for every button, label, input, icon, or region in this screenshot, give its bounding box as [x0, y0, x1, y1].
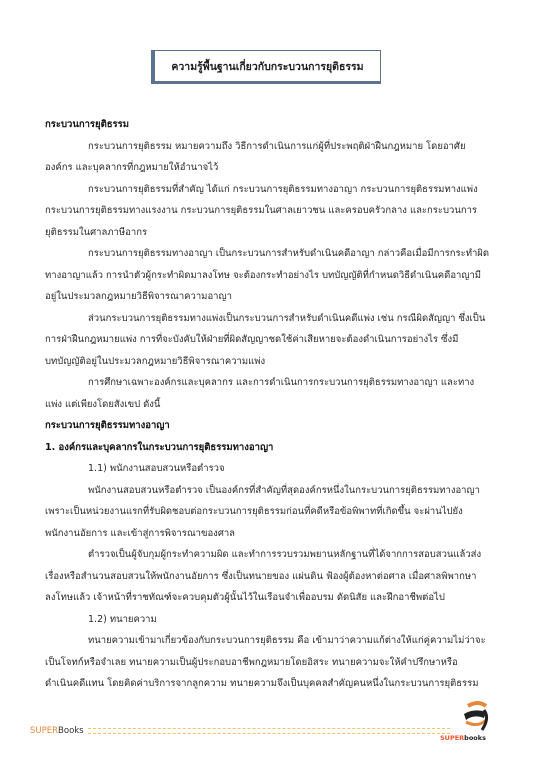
superbooks-logo: SUPERbooks [440, 700, 500, 742]
document-body: กระบวนการยุติธรรม กระบวนการยุติธรรม หมาย… [45, 114, 495, 695]
section-heading: กระบวนการยุติธรรม [45, 114, 495, 136]
paragraph-line: ทนายความเข้ามาเกี่ยวข้องกับกระบวนการยุติ… [45, 630, 495, 652]
paragraph-line: การฝ่าฝืนกฎหมายแพ่ง การที่จะบังคับให้ฝ่า… [45, 329, 495, 351]
paragraph-line: ดำเนินคดีแทน โดยคิดค่าบริการจากลูกความ ท… [45, 673, 495, 695]
footer-brand-super: SUPER [30, 726, 58, 736]
paragraph-line: กระบวนการยุติธรรมทางแรงงาน กระบวนการยุติ… [45, 200, 495, 222]
paragraph-line: การศึกษาเฉพาะองค์กรและบุคลากร และการดำเน… [45, 372, 495, 394]
paragraph-line: พนักงานอัยการ และเข้าสู่การพิจารณาของศาล [45, 523, 495, 545]
document-title: ความรู้พื้นฐานเกี่ยวกับกระบวนการยุติธรรม [171, 58, 363, 75]
logo-wordmark: SUPERbooks [440, 734, 486, 742]
subsection-heading: 1. องค์กรและบุคลากรในกระบวนการยุติธรรมทา… [45, 437, 495, 459]
paragraph-line: กระบวนการยุติธรรม หมายความถึง วิธีการดำเ… [45, 136, 495, 158]
document-page: ความรู้พื้นฐานเกี่ยวกับกระบวนการยุติธรรม… [0, 0, 533, 767]
paragraph-line: ยุติธรรมในศาลภาษีอากร [45, 222, 495, 244]
section-heading: กระบวนการยุติธรรมทางอาญา [45, 415, 495, 437]
paragraph-line: บทบัญญัติอยู่ในประมวลกฎหมายวิธีพิจารณาคว… [45, 351, 495, 373]
paragraph-line: อยู่ในประมวลกฎหมายวิธีพิจารณาความอาญา [45, 286, 495, 308]
paragraph-line: พนักงานสอบสวนหรือตำรวจ เป็นองค์กรที่สำคั… [45, 480, 495, 502]
book-swoosh-icon [440, 700, 500, 734]
paragraph-line: ตำรวจเป็นผู้จับกุมผู้กระทำความผิด และทำก… [45, 544, 495, 566]
paragraph-line: เรื่องหรือสำนวนสอบสวนให้พนักงานอัยการ ซึ… [45, 566, 495, 588]
list-item-heading: 1.1) พนักงานสอบสวนหรือตำรวจ [45, 458, 495, 480]
footer-brand-books: Books [58, 726, 84, 736]
paragraph-line: กระบวนการยุติธรรมทางอาญา เป็นกระบวนการสำ… [45, 243, 495, 265]
paragraph-line: กระบวนการยุติธรรมที่สำคัญ ได้แก่ กระบวนก… [45, 179, 495, 201]
paragraph-line: ส่วนกระบวนการยุติธรรมทางแพ่งเป็นกระบวนกา… [45, 308, 495, 330]
page-footer: SUPERBooks [30, 724, 450, 738]
list-item-heading: 1.2) ทนายความ [45, 609, 495, 631]
footer-divider [88, 728, 450, 734]
paragraph-line: เพราะเป็นหน่วยงานแรกที่รับผิดชอบต่อกระบว… [45, 501, 495, 523]
title-box: ความรู้พื้นฐานเกี่ยวกับกระบวนการยุติธรรม [151, 50, 381, 84]
paragraph-line: องค์กร และบุคลากรที่กฎหมายให้อำนาจไว้ [45, 157, 495, 179]
paragraph-line: ทางอาญาแล้ว การนำตัวผู้กระทำผิดมาลงโทษ จ… [45, 265, 495, 287]
paragraph-line: แพ่ง แต่เพียงโดยสังเขป ดังนี้ [45, 394, 495, 416]
paragraph-line: เป็นโจทก์หรือจำเลย ทนายความเป็นผู้ประกอบ… [45, 652, 495, 674]
paragraph-line: ลงโทษแล้ว เจ้าหน้าที่ราชทัณฑ์จะควบคุมตัว… [45, 587, 495, 609]
